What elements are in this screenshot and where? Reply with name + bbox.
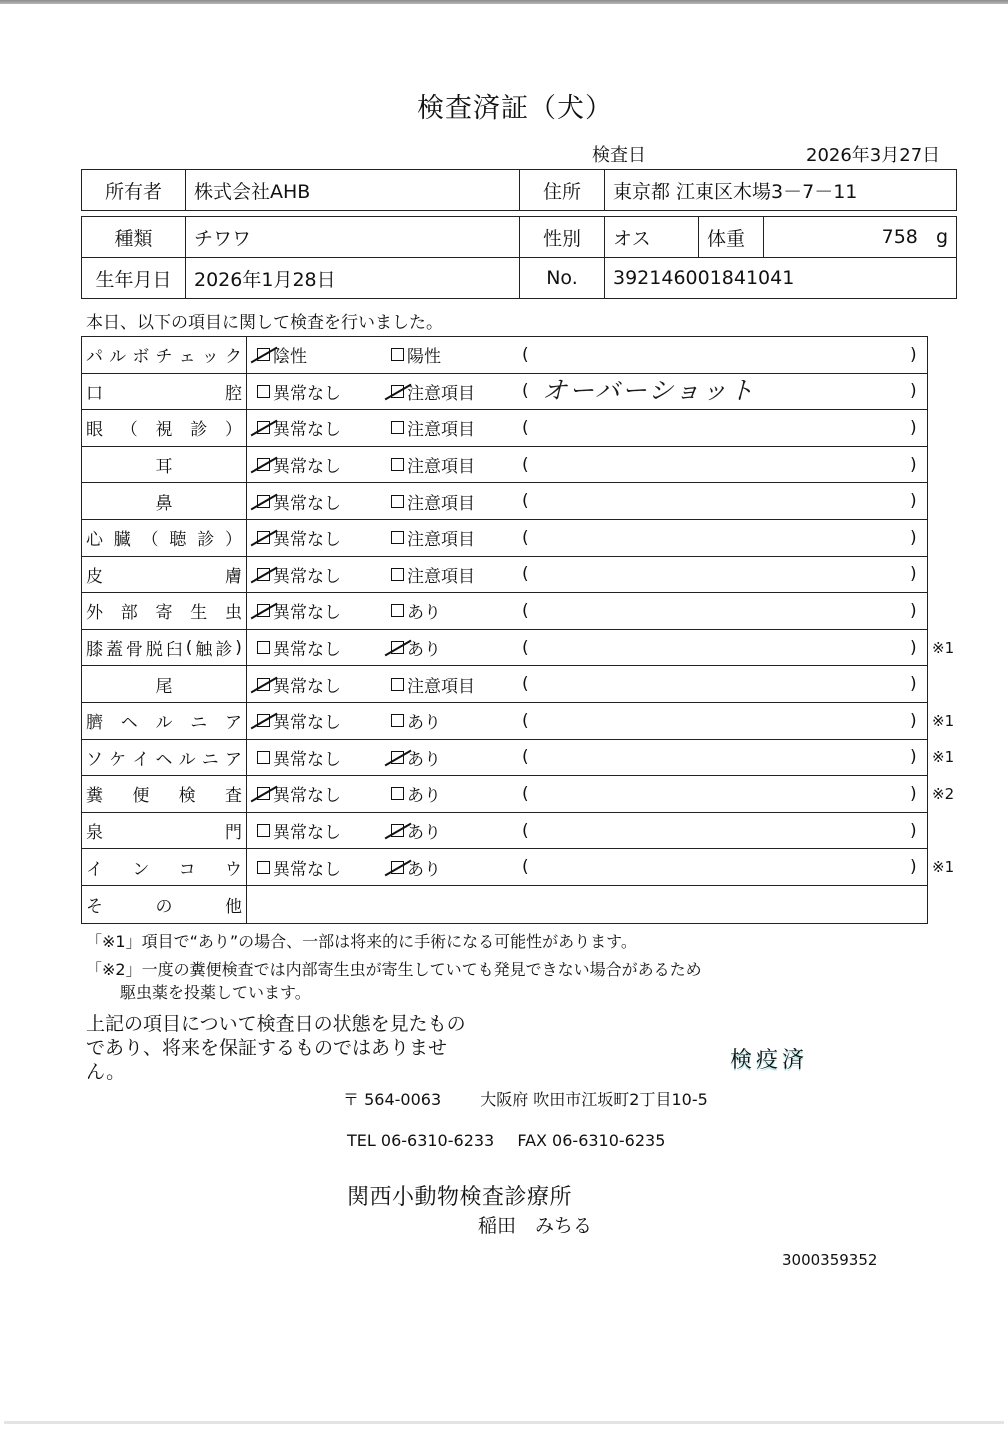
- checkbox-icon[interactable]: [391, 348, 404, 361]
- inspection-row: インコウ異常なしあり()※1: [82, 849, 927, 886]
- checkbox-icon[interactable]: [391, 458, 404, 471]
- clinic-address: 大阪府 吹田市江坂町2丁目10-5: [480, 1090, 708, 1109]
- address-value: 東京都 江東区木場3－7－11: [605, 170, 957, 211]
- inspection-row: その他: [82, 886, 927, 923]
- clinic-address-line: 〒 564-0063 大阪府 吹田市江坂町2丁目10-5: [343, 1087, 708, 1110]
- no-label: No.: [520, 258, 605, 299]
- breed-value: チワワ: [186, 217, 520, 258]
- inspection-row: 膝蓋骨脱臼(触診)異常なしあり()※1: [82, 630, 927, 667]
- checkbox-icon[interactable]: [257, 641, 270, 654]
- note-paren-close: ): [910, 593, 917, 629]
- option-label: 注意項目: [407, 452, 475, 477]
- option-abnormal[interactable]: あり: [391, 703, 441, 739]
- option-label: あり: [407, 781, 441, 806]
- disclaimer: 上記の項目について検査日の状態を見たものであり、将来を保証するものではありません…: [86, 1012, 466, 1084]
- note-paren-close: ): [910, 703, 917, 739]
- weight-value: 758: [882, 226, 918, 248]
- checkbox-icon[interactable]: [257, 824, 270, 837]
- inspection-item-name: 鼻: [82, 483, 247, 519]
- option-label: 注意項目: [407, 415, 475, 440]
- option-label: 異常なし: [273, 452, 341, 477]
- option-label: 異常なし: [273, 745, 341, 770]
- footnote-mark: ※1: [932, 630, 954, 666]
- clinic-name: 関西小動物検査診療所: [347, 1180, 572, 1211]
- note-paren-close: ): [910, 630, 917, 666]
- checkbox-icon[interactable]: [391, 531, 404, 544]
- option-label: 異常なし: [273, 818, 341, 843]
- option-label: 注意項目: [407, 672, 475, 697]
- option-normal[interactable]: 異常なし: [257, 740, 341, 776]
- option-abnormal[interactable]: 注意項目: [391, 410, 475, 446]
- option-abnormal[interactable]: 注意項目: [391, 666, 475, 702]
- option-abnormal[interactable]: あり: [391, 849, 441, 885]
- option-normal[interactable]: 異常なし: [257, 557, 341, 593]
- footnote-mark: ※1: [932, 703, 954, 739]
- note-paren-open: (: [522, 666, 529, 702]
- inspection-row: 尾異常なし注意項目(): [82, 666, 927, 703]
- inspection-item-name: 口腔: [82, 374, 247, 410]
- inspection-row: ソケイヘルニア異常なしあり()※1: [82, 740, 927, 777]
- inspection-item-name: 外部寄生虫: [82, 593, 247, 629]
- option-label: あり: [407, 745, 441, 770]
- checked-checkbox-icon[interactable]: [257, 531, 270, 544]
- handwritten-note[interactable]: オーバーショット: [542, 372, 756, 408]
- address-label: 住所: [520, 170, 605, 211]
- inspection-row: 臍ヘルニア異常なしあり()※1: [82, 703, 927, 740]
- checkbox-icon[interactable]: [391, 787, 404, 800]
- note-paren-open: (: [522, 813, 529, 849]
- checkbox-icon[interactable]: [257, 861, 270, 874]
- intro-text: 本日、以下の項目に関して検査を行いました。: [86, 308, 443, 333]
- note-paren-close: ): [910, 666, 917, 702]
- option-normal[interactable]: 異常なし: [257, 374, 341, 410]
- option-label: 異常なし: [273, 855, 341, 880]
- inspection-item-name: インコウ: [82, 849, 247, 885]
- checkbox-icon[interactable]: [391, 714, 404, 727]
- option-abnormal[interactable]: 注意項目: [391, 447, 475, 483]
- checked-checkbox-icon[interactable]: [257, 678, 270, 691]
- option-abnormal[interactable]: 注意項目: [391, 374, 475, 410]
- footnote-mark: ※1: [932, 849, 954, 885]
- inspection-row: 泉門異常なしあり(): [82, 813, 927, 850]
- document-title: 検査済証（犬）: [0, 86, 1008, 125]
- owner-table: 所有者 株式会社AHB 住所 東京都 江東区木場3－7－11: [81, 169, 957, 211]
- note-paren-open: (: [522, 630, 529, 666]
- note-paren-close: ): [910, 447, 917, 483]
- inspection-row: 外部寄生虫異常なしあり(): [82, 593, 927, 630]
- owner-label: 所有者: [82, 170, 186, 211]
- option-abnormal[interactable]: 注意項目: [391, 520, 475, 556]
- checked-checkbox-icon[interactable]: [391, 824, 404, 837]
- option-label: 異常なし: [273, 489, 341, 514]
- option-abnormal[interactable]: あり: [391, 630, 441, 666]
- clinic-fax: FAX 06-6310-6235: [517, 1131, 665, 1150]
- checked-checkbox-icon[interactable]: [391, 861, 404, 874]
- inspection-row: パルボチェック陰性陽性(): [82, 337, 927, 374]
- checked-checkbox-icon[interactable]: [257, 604, 270, 617]
- checked-checkbox-icon[interactable]: [257, 348, 270, 361]
- note-paren-close: ): [910, 374, 917, 410]
- birth-label: 生年月日: [82, 258, 186, 299]
- note-paren-close: ): [910, 557, 917, 593]
- option-label: 異常なし: [273, 635, 341, 660]
- inspection-item-name: 糞便検査: [82, 776, 247, 812]
- inspection-item-name: 心臓（聴診）: [82, 520, 247, 556]
- option-normal[interactable]: 異常なし: [257, 447, 341, 483]
- checked-checkbox-icon[interactable]: [257, 421, 270, 434]
- inspection-item-name: 眼（視診）: [82, 410, 247, 446]
- option-label: 異常なし: [273, 672, 341, 697]
- no-value: 392146001841041: [605, 258, 957, 299]
- option-normal[interactable]: 異常なし: [257, 703, 341, 739]
- quarantine-stamp: 検疫済: [730, 1043, 808, 1074]
- scan-edge-bottom: [4, 1421, 1004, 1424]
- weight-cell: 758 g: [764, 217, 957, 258]
- animal-table: 種類 チワワ 性別 オス 体重 758 g 生年月日 2026年1月28日 No…: [81, 216, 957, 299]
- option-abnormal[interactable]: あり: [391, 593, 441, 629]
- option-label: 異常なし: [273, 562, 341, 587]
- note-paren-close: ): [910, 740, 917, 776]
- option-label: 異常なし: [273, 415, 341, 440]
- option-normal[interactable]: 異常なし: [257, 483, 341, 519]
- option-label: 注意項目: [407, 525, 475, 550]
- note-paren-open: (: [522, 593, 529, 629]
- option-label: 異常なし: [273, 525, 341, 550]
- note-paren-open: (: [522, 483, 529, 519]
- note-paren-close: ): [910, 337, 917, 373]
- checked-checkbox-icon[interactable]: [257, 458, 270, 471]
- option-abnormal[interactable]: あり: [391, 740, 441, 776]
- inspection-item-name: 臍ヘルニア: [82, 703, 247, 739]
- option-label: 異常なし: [273, 708, 341, 733]
- option-label: 陽性: [407, 342, 441, 367]
- note-paren-open: (: [522, 337, 529, 373]
- option-label: あり: [407, 635, 441, 660]
- option-label: 陰性: [273, 342, 307, 367]
- checked-checkbox-icon[interactable]: [257, 787, 270, 800]
- checked-checkbox-icon[interactable]: [391, 641, 404, 654]
- scan-edge-top: [0, 0, 1008, 4]
- footnote-2-continued: 駆虫薬を投薬しています。: [120, 980, 311, 1003]
- note-paren-close: ): [910, 410, 917, 446]
- checkbox-icon[interactable]: [257, 385, 270, 398]
- option-abnormal[interactable]: 注意項目: [391, 483, 475, 519]
- option-normal[interactable]: 異常なし: [257, 813, 341, 849]
- clinic-tel: TEL 06-6310-6233: [347, 1131, 494, 1150]
- checkbox-icon[interactable]: [391, 495, 404, 508]
- note-paren-open: (: [522, 557, 529, 593]
- note-paren-open: (: [522, 447, 529, 483]
- inspection-item-name: ソケイヘルニア: [82, 740, 247, 776]
- option-abnormal[interactable]: あり: [391, 813, 441, 849]
- note-paren-close: ): [910, 849, 917, 885]
- inspection-table: パルボチェック陰性陽性()口腔異常なし注意項目(オーバーショット)眼（視診）異常…: [81, 336, 928, 924]
- option-label: 異常なし: [273, 598, 341, 623]
- breed-label: 種類: [82, 217, 186, 258]
- serial-number: 3000359352: [782, 1251, 877, 1269]
- footnote-1: 「※1」項目で“あり”の場合、一部は将来的に手術になる可能性があります。: [86, 929, 637, 952]
- option-normal[interactable]: 異常なし: [257, 593, 341, 629]
- option-label: あり: [407, 855, 441, 880]
- clinic-zip: 〒 564-0063: [343, 1090, 441, 1109]
- exam-date: 2026年3月27日: [806, 141, 940, 167]
- option-label: あり: [407, 598, 441, 623]
- option-normal[interactable]: 異常なし: [257, 520, 341, 556]
- clinic-contact-line: TEL 06-6310-6233 FAX 06-6310-6235: [347, 1131, 665, 1150]
- inspection-item-name: 泉門: [82, 813, 247, 849]
- birth-value: 2026年1月28日: [186, 258, 520, 299]
- footnote-mark: ※2: [932, 776, 954, 812]
- note-paren-close: ): [910, 520, 917, 556]
- checkbox-icon[interactable]: [391, 678, 404, 691]
- checked-checkbox-icon[interactable]: [257, 568, 270, 581]
- inspection-item-name: 尾: [82, 666, 247, 702]
- vet-name: 稲田 みちる: [478, 1211, 592, 1238]
- option-normal[interactable]: 異常なし: [257, 630, 341, 666]
- option-normal[interactable]: 異常なし: [257, 410, 341, 446]
- inspection-item-name: その他: [82, 886, 247, 923]
- checkbox-icon[interactable]: [257, 751, 270, 764]
- checkbox-icon[interactable]: [391, 604, 404, 617]
- checked-checkbox-icon[interactable]: [257, 714, 270, 727]
- inspection-row: 鼻異常なし注意項目(): [82, 483, 927, 520]
- checked-checkbox-icon[interactable]: [257, 495, 270, 508]
- option-abnormal[interactable]: あり: [391, 776, 441, 812]
- note-paren-close: ): [910, 483, 917, 519]
- note-paren-close: ): [910, 776, 917, 812]
- option-normal[interactable]: 異常なし: [257, 849, 341, 885]
- option-abnormal[interactable]: 注意項目: [391, 557, 475, 593]
- inspection-row: 糞便検査異常なしあり()※2: [82, 776, 927, 813]
- checkbox-icon[interactable]: [391, 421, 404, 434]
- inspection-row: 皮膚異常なし注意項目(): [82, 557, 927, 594]
- inspection-item-name: パルボチェック: [82, 337, 247, 373]
- owner-value: 株式会社AHB: [186, 170, 520, 211]
- option-label: あり: [407, 708, 441, 733]
- note-paren-open: (: [522, 703, 529, 739]
- weight-unit: g: [936, 226, 948, 248]
- sex-label: 性別: [520, 217, 605, 258]
- inspection-item-name: 耳: [82, 447, 247, 483]
- option-label: あり: [407, 818, 441, 843]
- option-normal[interactable]: 異常なし: [257, 776, 341, 812]
- inspection-row: 耳異常なし注意項目(): [82, 447, 927, 484]
- inspection-item-name: 皮膚: [82, 557, 247, 593]
- checkbox-icon[interactable]: [391, 568, 404, 581]
- option-label: 異常なし: [273, 379, 341, 404]
- option-abnormal[interactable]: 陽性: [391, 337, 441, 373]
- option-normal[interactable]: 陰性: [257, 337, 307, 373]
- note-paren-open: (: [522, 374, 529, 410]
- inspection-row: 口腔異常なし注意項目(オーバーショット): [82, 374, 927, 411]
- note-paren-open: (: [522, 410, 529, 446]
- option-label: 注意項目: [407, 489, 475, 514]
- sex-value: オス: [605, 217, 699, 258]
- checked-checkbox-icon[interactable]: [391, 385, 404, 398]
- inspection-row: 心臓（聴診）異常なし注意項目(): [82, 520, 927, 557]
- note-paren-open: (: [522, 520, 529, 556]
- inspection-row: 眼（視診）異常なし注意項目(): [82, 410, 927, 447]
- note-paren-open: (: [522, 849, 529, 885]
- option-label: 注意項目: [407, 562, 475, 587]
- footnote-mark: ※1: [932, 740, 954, 776]
- option-normal[interactable]: 異常なし: [257, 666, 341, 702]
- option-label: 注意項目: [407, 379, 475, 404]
- note-paren-open: (: [522, 740, 529, 776]
- option-label: 異常なし: [273, 781, 341, 806]
- inspection-item-name: 膝蓋骨脱臼(触診): [82, 630, 247, 666]
- weight-label: 体重: [699, 217, 764, 258]
- note-paren-open: (: [522, 776, 529, 812]
- checked-checkbox-icon[interactable]: [391, 751, 404, 764]
- footnote-2: 「※2」一度の糞便検査では内部寄生虫が寄生していても発見できない場合があるため: [86, 957, 702, 980]
- exam-date-label: 検査日: [592, 141, 646, 167]
- note-paren-close: ): [910, 813, 917, 849]
